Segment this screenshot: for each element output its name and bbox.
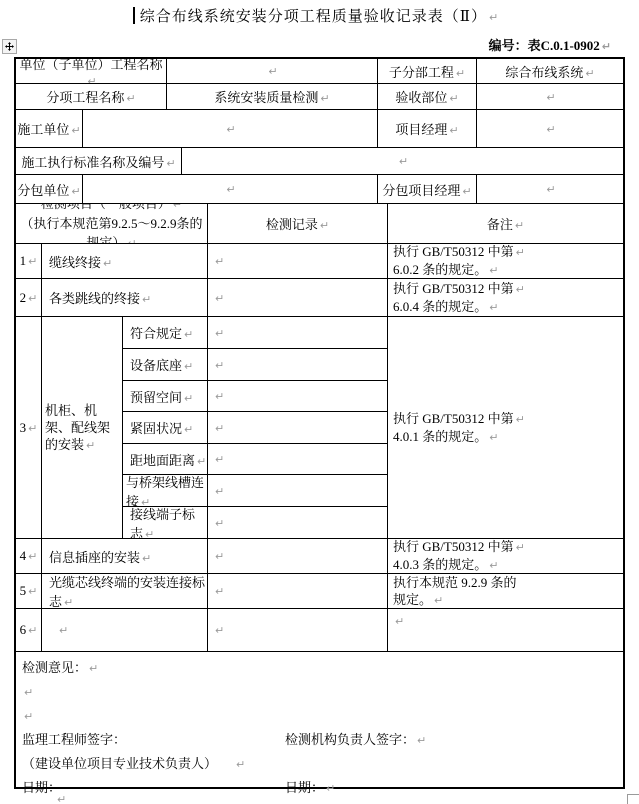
record-value: [213, 325, 224, 341]
note-line2: 6.0.4 条的规定。: [393, 298, 498, 316]
note-cell: 执行 GB/T50312 中第 6.0.4 条的规定。: [388, 279, 623, 317]
word-document-page: 综合布线系统安装分项工程质量验收记录表（Ⅱ） 编号：表C.0.1-0902 单位…: [0, 0, 639, 804]
table-row: 单位（子单位）工程名称 子分部工程 综合布线系统: [16, 59, 623, 84]
item-number-cell: 5: [16, 574, 42, 609]
document-title: 综合布线系统安装分项工程质量验收记录表（Ⅱ）: [0, 5, 639, 26]
record-value: [213, 515, 224, 531]
subcontract-manager-value-cell: [477, 175, 623, 203]
table-row: 分项工程名称 系统安装质量检测 验收部位: [16, 84, 623, 110]
subcontract-manager-label: 分包项目经理: [382, 180, 471, 199]
project-manager-value-cell: [477, 110, 623, 147]
items-grid: 1 缆线终接 执行 GB/T50312 中第 6.0.2 条的规定。 2 各类跳…: [16, 244, 623, 652]
record-cell: [208, 317, 388, 349]
construction-unit-value-cell: [83, 110, 378, 147]
standard-label-cell: 施工执行标准名称及编号: [16, 148, 182, 174]
subcontract-manager-label-cell: 分包项目经理: [378, 175, 477, 203]
unit-project-value: [266, 63, 277, 79]
record-value: [213, 483, 224, 499]
table-row: 施工单位 项目经理: [16, 110, 623, 148]
sub-division-label-cell: 子分部工程: [378, 59, 477, 83]
record-value: [213, 388, 224, 404]
item-number-cell: 1: [16, 244, 42, 279]
record-cell: [208, 412, 388, 444]
four-way-arrow-icon: [5, 42, 14, 51]
builder-note: （建设单位项目专业技术负责人）: [22, 752, 234, 775]
project-manager-value: [544, 121, 555, 137]
acceptance-part-label: 验收部位: [395, 87, 458, 106]
record-value: [213, 357, 224, 373]
note-line2: 规定。: [393, 591, 443, 609]
note-line1: 执行 GB/T50312 中第: [393, 410, 525, 428]
subcontractor-value-cell: [83, 175, 378, 203]
record-value: [213, 451, 224, 467]
item-number: 6: [20, 622, 38, 638]
note-line1: 执行 GB/T50312 中第: [393, 244, 525, 261]
item-number: 3: [20, 420, 38, 436]
item-name: 机柜、机架、配线架的安装: [42, 402, 122, 454]
construction-unit-label-cell: 施工单位: [16, 110, 83, 147]
text-cursor: [133, 7, 135, 24]
record-cell: [208, 507, 388, 539]
acceptance-part-label-cell: 验收部位: [378, 84, 477, 109]
record-cell: [208, 381, 388, 412]
unit-project-label-cell: 单位（子单位）工程名称: [16, 59, 167, 83]
item-name-cell: 各类跳线的终接: [42, 279, 208, 317]
subitem-label: 符合规定: [130, 323, 193, 342]
subitem-label: 预留空间: [130, 387, 193, 406]
subitem-label: 接线端子标志: [130, 507, 207, 539]
note-cell: 执行 GB/T50312 中第 4.0.3 条的规定。: [388, 539, 623, 574]
table-resize-handle[interactable]: [627, 794, 639, 804]
item-name: 光缆芯线终端的安装连接标志: [49, 574, 207, 609]
item-number-cell: 3: [16, 317, 42, 539]
subcontractor-label: 分包单位: [17, 180, 80, 199]
item-name-cell: 机柜、机架、配线架的安装: [42, 317, 123, 539]
branch-project-label-cell: 分项工程名称: [16, 84, 167, 109]
record-cell: [208, 444, 388, 475]
record-value: [213, 583, 224, 599]
note-line2: 4.0.1 条的规定。: [393, 428, 498, 446]
note-cell: 执行 GB/T50312 中第 4.0.1 条的规定。: [388, 317, 623, 539]
subitem-label: 紧固状况: [130, 418, 193, 437]
subitem-cell: 距地面距离: [123, 444, 208, 475]
note-line1: 执行 GB/T50312 中第: [393, 280, 525, 298]
record-cell: [208, 244, 388, 279]
standard-label: 施工执行标准名称及编号: [21, 152, 175, 171]
supervisor-sign-label: 监理工程师签字：: [22, 728, 285, 751]
item-number-cell: 6: [16, 609, 42, 652]
note-column-header: 备注: [487, 214, 524, 233]
empty-line: [22, 704, 617, 728]
construction-unit-value: [224, 121, 235, 137]
item-name-cell: 光缆芯线终端的安装连接标志: [42, 574, 208, 609]
subitem-cell: 预留空间: [123, 381, 208, 412]
note-line1: 执行 GB/T50312 中第: [393, 539, 525, 556]
paragraph-mark-icon: [234, 756, 245, 771]
item-number-cell: 2: [16, 279, 42, 317]
record-value: [213, 622, 224, 638]
date-line: 日期：日期：: [22, 776, 617, 800]
acceptance-record-table: 单位（子单位）工程名称 子分部工程 综合布线系统 分项工程名称 系统安装质量检测…: [14, 57, 625, 789]
item-number: 2: [20, 290, 38, 306]
subcontract-manager-value: [544, 181, 555, 197]
note-line2: 4.0.3 条的规定。: [393, 556, 498, 574]
note-line1: 执行本规范 9.2.9 条的: [393, 574, 517, 591]
date-label-right: 日期：: [285, 780, 335, 795]
agency-sign-label: 检测机构负责人签字：: [285, 732, 426, 747]
table-move-handle[interactable]: [2, 39, 17, 54]
item-number: 4: [20, 548, 38, 564]
opinion-label: 检测意见：: [22, 660, 98, 675]
acceptance-part-value: [544, 89, 555, 105]
record-column-header: 检测记录: [266, 214, 329, 233]
subitem-label: 与桥架线槽连接: [126, 475, 207, 507]
record-cell: [208, 475, 388, 507]
note-column-header-cell: 备注: [388, 204, 623, 243]
item-column-header-line1: 检测项目（一般项目）: [41, 204, 182, 214]
project-manager-label: 项目经理: [395, 119, 458, 138]
paragraph-mark-icon: [22, 708, 33, 723]
builder-note-line: （建设单位项目专业技术负责人）: [22, 752, 617, 776]
paragraph-mark-icon: [22, 684, 33, 699]
unit-project-value-cell: [167, 59, 378, 83]
item-name: [57, 622, 68, 638]
subitem-cell: 紧固状况: [123, 412, 208, 444]
note-line2: 6.0.2 条的规定。: [393, 261, 498, 279]
after-table-paragraph: [55, 791, 66, 804]
item-name-cell: [42, 609, 208, 652]
branch-project-value: 系统安装质量检测: [214, 87, 329, 106]
item-column-header-cell: 检测项目（一般项目） （执行本规范第9.2.5～9.2.9条的规定）: [16, 204, 208, 243]
branch-project-label: 分项工程名称: [46, 87, 135, 106]
subitem-label: 设备底座: [130, 355, 193, 374]
sub-division-label: 子分部工程: [389, 62, 465, 81]
acceptance-part-value-cell: [477, 84, 623, 109]
opinion-line: 检测意见：: [22, 656, 617, 680]
paragraph-mark-icon: [55, 791, 66, 804]
document-number: 编号：表C.0.1-0902: [489, 35, 611, 54]
subcontractor-value: [224, 181, 235, 197]
note-cell: 执行 GB/T50312 中第 6.0.2 条的规定。: [388, 244, 623, 279]
record-value: [213, 253, 224, 269]
item-name: 信息插座的安装: [49, 547, 151, 566]
record-cell: [208, 609, 388, 652]
item-name: 缆线终接: [49, 252, 112, 271]
note-cell: 执行本规范 9.2.9 条的 规定。: [388, 574, 623, 609]
record-column-header-cell: 检测记录: [208, 204, 388, 243]
project-manager-label-cell: 项目经理: [378, 110, 477, 147]
table-row: 施工执行标准名称及编号: [16, 148, 623, 175]
record-cell: [208, 539, 388, 574]
subcontractor-label-cell: 分包单位: [16, 175, 83, 203]
record-value: [213, 290, 224, 306]
sub-division-value: 综合布线系统: [505, 62, 594, 81]
empty-line: [22, 680, 617, 704]
document-number-text: 编号：表C.0.1-0902: [489, 38, 611, 53]
items-header-row: 检测项目（一般项目） （执行本规范第9.2.5～9.2.9条的规定） 检测记录 …: [16, 204, 623, 244]
item-name-cell: 缆线终接: [42, 244, 208, 279]
record-value: [213, 548, 224, 564]
item-number: 5: [20, 583, 38, 599]
branch-project-value-cell: 系统安装质量检测: [167, 84, 378, 109]
subitem-cell: 与桥架线槽连接: [123, 475, 208, 507]
signature-line: 监理工程师签字：检测机构负责人签字：: [22, 728, 617, 752]
title-text: 综合布线系统安装分项工程质量验收记录表（Ⅱ）: [140, 9, 499, 25]
subitem-cell: 设备底座: [123, 349, 208, 381]
record-cell: [208, 279, 388, 317]
record-cell: [208, 574, 388, 609]
subitem-cell: 接线端子标志: [123, 507, 208, 539]
item-name: 各类跳线的终接: [49, 288, 151, 307]
item-number-cell: 4: [16, 539, 42, 574]
unit-project-label: 单位（子单位）工程名称: [16, 59, 166, 83]
standard-value-cell: [182, 148, 623, 174]
opinion-section: 检测意见： 监理工程师签字：检测机构负责人签字： （建设单位项目专业技术负责人）…: [16, 652, 623, 804]
note-line1: [393, 612, 404, 630]
standard-value: [397, 153, 408, 169]
item-column-header-line2: （执行本规范第9.2.5～9.2.9条的规定）: [16, 214, 207, 243]
item-number: 1: [20, 253, 38, 269]
construction-unit-label: 施工单位: [17, 119, 80, 138]
sub-division-value-cell: 综合布线系统: [477, 59, 623, 83]
subitem-cell: 符合规定: [123, 317, 208, 349]
subitem-label: 距地面距离: [130, 450, 206, 469]
record-value: [213, 420, 224, 436]
note-cell: [388, 609, 623, 652]
record-cell: [208, 349, 388, 381]
item-name-cell: 信息插座的安装: [42, 539, 208, 574]
table-row: 分包单位 分包项目经理: [16, 175, 623, 204]
